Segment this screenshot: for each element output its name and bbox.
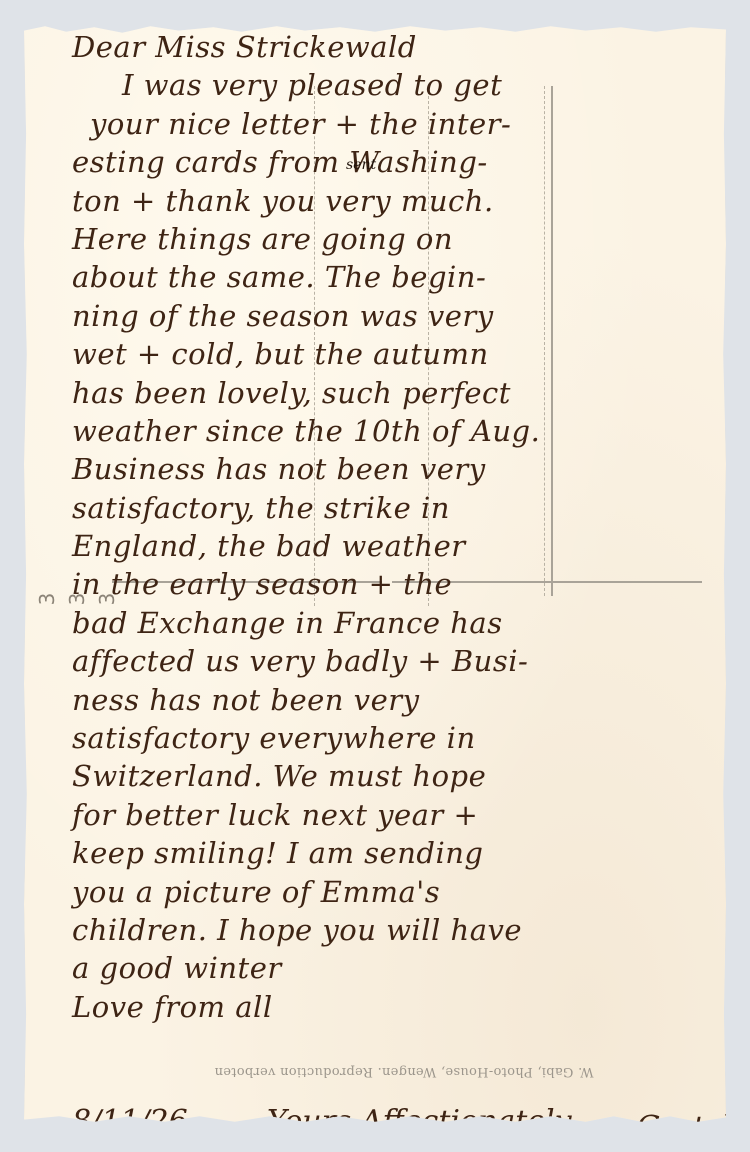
printed-publisher-text: W. Gabi, Photo-House, Wengen. Reproducti… (174, 1064, 634, 1079)
letter-line: Switzerland. We must hope (72, 757, 696, 795)
letter-line: ness has not been very (72, 681, 696, 719)
letter-line: has been lovely, such perfect (72, 374, 696, 412)
letter-line: you a picture of Emma's (72, 873, 696, 911)
letter-line: England, the bad weather (72, 527, 696, 565)
letter-line: your nice letter + the inter- (72, 105, 696, 143)
letter-line: satisfactory everywhere in (72, 719, 696, 757)
letter-line: ton + thank you very much. (72, 182, 696, 220)
postcard: W. Gabi, Photo-House, Wengen. Reproducti… (24, 24, 726, 1124)
letter-line: Here things are going on (72, 220, 696, 258)
letter-line: children. I hope you will have (72, 911, 696, 949)
letter-line: keep smiling! I am sending (72, 834, 696, 872)
letter-line: Love from all (72, 988, 696, 1026)
letter-line: satisfactory, the strike in (72, 489, 696, 527)
closing: Yours Affectionately, (267, 1104, 577, 1139)
letter-body: Dear Miss Strickewald I was very pleased… (72, 28, 696, 1026)
letter-line: bad Exchange in France has (72, 604, 696, 642)
sign-off: 8/11/26. Yours Affectionately, Gretel (72, 1104, 732, 1152)
inserted-word: sent (346, 157, 376, 173)
letter-line: for better luck next year + (72, 796, 696, 834)
date: 8/11/26. (72, 1104, 197, 1139)
letter-line: a good winter (72, 949, 696, 987)
letter-line: Business has not been very (72, 450, 696, 488)
letter-line: weather since the 10th of Aug. (72, 412, 696, 450)
letter-line: affected us very badly + Busi- (72, 642, 696, 680)
letter-line: I was very pleased to get (72, 66, 696, 104)
salutation: Dear Miss Strickewald (72, 28, 696, 66)
letter-line: in the early season + the (72, 565, 696, 603)
letter-line: ning of the season was very (72, 297, 696, 335)
letter-line: esting cards from Washing- (72, 143, 696, 181)
letter-line: wet + cold, but the autumn (72, 335, 696, 373)
signature: Gretel (637, 1110, 732, 1145)
letter-line: about the same. The begin- (72, 258, 696, 296)
